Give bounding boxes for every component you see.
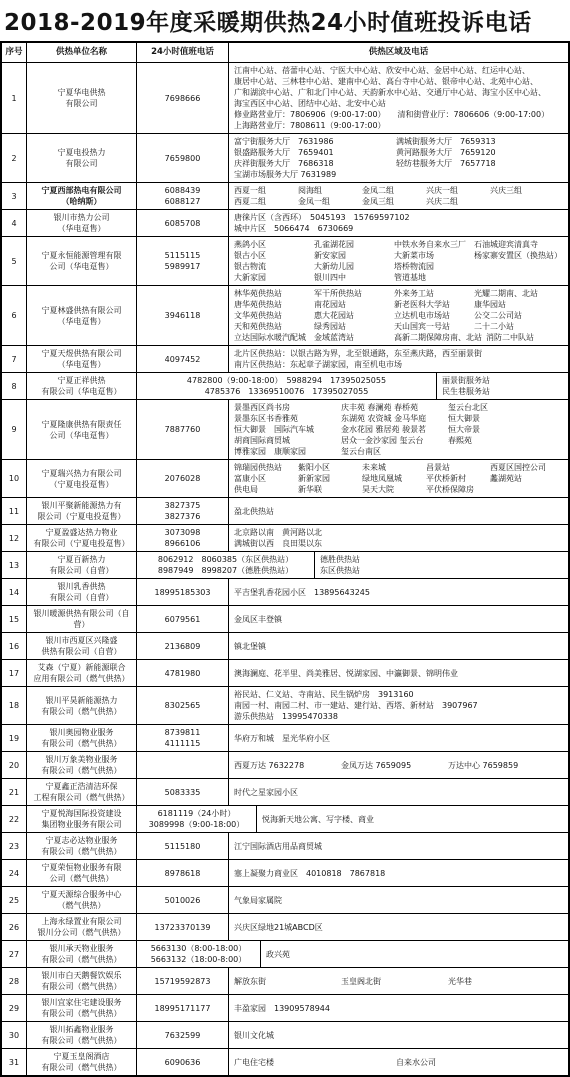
row-number: 28	[2, 968, 26, 994]
service-area-item: 庆祥街服务大厅 7686318	[234, 158, 392, 169]
service-area: 华府万和城 星光华府小区	[228, 725, 568, 751]
row-number: 15	[2, 606, 26, 632]
company-name: 宁夏百新热力有限公司（自营）	[26, 552, 136, 578]
company-name-line: 宁夏志必达物业服务	[29, 835, 134, 846]
company-name-line: 银川拓鑫物业服务	[29, 1024, 134, 1035]
row-number: 14	[2, 579, 26, 605]
company-name: 银川平聚新能源热力有限公司（宁夏电投趸售）	[26, 498, 136, 524]
service-area-item: 军干所供热站	[314, 288, 390, 299]
service-area-line: 满城街以西 良田渠以东	[234, 538, 566, 549]
company-name-line: 有限公司（燃气供热）	[29, 846, 134, 857]
company-name-line: 宁夏悦海国际投资建设	[29, 808, 134, 819]
service-area-line: 丰盈家园 13909578944	[234, 1003, 566, 1014]
table-row: 17艾森（宁夏）新能源联合应用有限公司（燃气供热）4781980澳海澜庭、花半里…	[2, 659, 568, 686]
row-number: 12	[2, 525, 26, 551]
company-name-line: 宁夏玉皇阁酒店	[29, 1051, 134, 1062]
duty-phone: 18995171177	[136, 995, 228, 1021]
service-area-item: 塞上凝聚力商业区 4010818 7867818	[234, 868, 385, 879]
service-area-item: 锦瑞园供热站	[234, 462, 294, 473]
table-row: 31宁夏玉皇阁酒店有限公司（燃气供热）6090636广电住宅楼自来水公司	[2, 1048, 568, 1075]
row-number: 25	[2, 887, 26, 913]
service-area-line: 锦瑞园供热站紫阳小区未来城昌景站西夏区国控公司	[234, 462, 566, 473]
service-area-item: 大新家园	[234, 272, 310, 283]
service-area-item: 金凤万达 7659095	[341, 760, 444, 771]
service-area-line: 盈北供热站	[234, 506, 566, 517]
service-area: 丰盈家园 13909578944	[228, 995, 568, 1021]
row-number: 10	[2, 460, 26, 497]
header-serial-number: 序号	[2, 43, 26, 62]
service-area-item: 裕民站、仁义站、寺南站、民生锅炉房 3913160	[234, 689, 414, 700]
duty-phone-line: 5989917	[139, 261, 226, 272]
company-name: 宁夏华电供热有限公司	[26, 63, 136, 133]
service-area-line: 兴庆区绿地21城ABCD区	[234, 922, 566, 933]
service-area: 锦瑞园供热站紫阳小区未来城昌景站西夏区国控公司富康小区新新家园绿地凤凰城平伏桥新…	[228, 460, 568, 497]
company-name: 宁夏盈盛达热力物业有限公司（宁夏电投趸售）	[26, 525, 136, 551]
duty-phone: 2076028	[136, 460, 228, 497]
service-area-item: 石油城迎宾清真寺	[474, 239, 550, 250]
duty-phone-line: 4111115	[139, 738, 226, 749]
service-area-item: 南片区供热站：东起章子湖家园，南至机电市场	[234, 359, 402, 370]
service-area-item: 西夏二组	[234, 196, 294, 207]
service-area-line: 燕鸽小区孔雀湖花园中铁水务自来水三厂石油城迎宾清真寺	[234, 239, 566, 250]
duty-phone-line: 18995185303	[139, 587, 226, 598]
service-area-line: 城中片区 5066474 6730669	[234, 223, 566, 234]
table-row: 24宁夏荣恒物业服务有限公司（燃气供热）8978618塞上凝聚力商业区 4010…	[2, 859, 568, 886]
service-area-item: 新新家园	[298, 473, 358, 484]
service-area-item: 景墨东区书香雅苑	[234, 413, 337, 424]
service-area-item: 江宁国际酒店用品商贸城	[234, 841, 322, 852]
service-area: 时代之星家园小区	[228, 779, 568, 805]
duty-phone-line: 15719592873	[139, 976, 226, 987]
duty-phone: 60884396088127	[136, 183, 228, 209]
duty-phone-line: 8987949 8998207（德胜供热站）	[139, 565, 312, 576]
company-name: 上海永绿置业有限公司银川分公司（燃气供热）	[26, 914, 136, 940]
company-name-line: 宁夏盈盛达热力物业	[29, 527, 134, 538]
duty-phone: 6181119（24小时）3089998（9:00-18:00）	[136, 806, 256, 832]
company-name-line: 宁夏鑫正浩清洁环保	[29, 781, 134, 792]
service-area-line: 富宁街服务大厅 7631986满城街服务大厅 7659313	[234, 136, 566, 147]
company-name-line: 宁夏天源综合服务中心	[29, 889, 134, 900]
company-name-line: 限公司（宁夏电投趸售）	[29, 511, 134, 522]
company-name-line: 银川市热力公司	[29, 212, 134, 223]
row-number: 22	[2, 806, 26, 832]
duty-phone-line: 6085708	[139, 218, 226, 229]
service-area-item: 供电局	[234, 484, 294, 495]
company-name: 银川乳香供热有限公司（自营）	[26, 579, 136, 605]
service-area-item: 惠大花园站	[314, 310, 390, 321]
service-area-line: 江宁国际酒店用品商贸城	[234, 841, 566, 852]
duty-phone-line: 4781980	[139, 668, 226, 679]
company-name: 宁夏隆康供热有限责任公司（华电趸售）	[26, 400, 136, 459]
company-name-line: 银川市西夏区兴隆盛	[29, 635, 134, 646]
row-number: 4	[2, 210, 26, 236]
service-area-item: 银古小区	[234, 250, 310, 261]
duty-phone: 8978618	[136, 860, 228, 886]
service-area-line: 供电局新华联昊天大院平伏桥保障房	[234, 484, 566, 495]
page-title: 2018-2019年度采暖期供热24小时值班投诉电话	[0, 0, 570, 41]
service-area-line: 澳海澜庭、花半里、尚美雅居、悦湖家园、中瀛御景、锦明伟业	[234, 668, 566, 679]
service-area-item: 管道基地	[394, 272, 470, 283]
service-area: 平吉堡乳香花园小区 13895643245	[228, 579, 568, 605]
company-name-line: 公司（燃气供热）	[29, 873, 134, 884]
service-area-item: 大新幼儿园	[314, 261, 390, 272]
table-row: 14银川乳香供热有限公司（自营）18995185303平吉堡乳香花园小区 138…	[2, 578, 568, 605]
service-area-item: 平吉堡乳香花园小区 13895643245	[234, 587, 370, 598]
table-row: 29银川宜家住宅建设服务有限公司（燃气供热）18995171177丰盈家园 13…	[2, 994, 568, 1021]
duty-phone-line: 7887760	[139, 424, 226, 435]
company-name: 银川市白天鹅餐饮娱乐有限公司（燃气供热）	[26, 968, 136, 994]
duty-phone: 7887760	[136, 400, 228, 459]
row-number: 6	[2, 286, 26, 345]
company-name-line: 银川宜家住宅建设服务	[29, 997, 134, 1008]
duty-phone-line: 6079561	[139, 614, 226, 625]
service-area-item: 城中片区 5066474 6730669	[234, 223, 353, 234]
service-area-item: 天山国宾一号站	[394, 321, 470, 332]
duty-phone: 3946118	[136, 286, 228, 345]
service-area-item: 满城街以西 良田渠以东	[234, 538, 322, 549]
table-row: 3宁夏西部热电有限公司（哈纳斯）60884396088127西夏一组阅海组金凤二…	[2, 182, 568, 209]
duty-phone: 5083335	[136, 779, 228, 805]
row-number: 19	[2, 725, 26, 751]
company-name: 宁夏电投热力有限公司	[26, 134, 136, 182]
company-name: 银川暖源供热有限公司（自营）	[26, 606, 136, 632]
duty-phone: 8302565	[136, 687, 228, 724]
service-area-line: 裕民站、仁义站、寺南站、民生锅炉房 3913160	[234, 689, 566, 700]
duty-phone-line: 4097452	[139, 354, 226, 365]
service-area-item: 富康小区	[234, 473, 294, 484]
row-number: 11	[2, 498, 26, 524]
service-area: 唐徕片区（含西环） 5045193 15769597102城中片区 506647…	[228, 210, 568, 236]
service-area: 银川文化城	[228, 1022, 568, 1048]
duty-phone-line: 5663132（18:00-8:00）	[139, 954, 258, 965]
duty-phone-line: 6088127	[139, 196, 226, 207]
service-area-item: 西夏一组	[234, 185, 294, 196]
company-name-line: 宁夏天煜供热有限公司	[29, 348, 134, 359]
table-row: 7宁夏天煜供热有限公司（华电趸售）4097452北片区供热站：以银古路为界，北至…	[2, 345, 568, 372]
duty-phone-line: 7698666	[139, 93, 226, 104]
row-number: 29	[2, 995, 26, 1021]
service-area-item: 金水花园 雅居苑 骏景茗	[341, 424, 444, 435]
service-area-item: 金凤区丰登镇	[234, 614, 282, 625]
duty-phone: 4782800（9:00-18:00） 5988294 173950250554…	[136, 373, 436, 399]
table-row: 15银川暖源供热有限公司（自营）6079561金凤区丰登镇	[2, 605, 568, 632]
company-name-line: 银川乳香供热	[29, 581, 134, 592]
duty-phone-line: 5115180	[139, 841, 226, 852]
service-area-item: 春熙苑	[448, 435, 551, 446]
row-number: 13	[2, 552, 26, 578]
service-area: 景墨西区尚书房庆丰苑 春澜苑 春桥苑玺云台北区景墨东区书香雅苑东湖苑 农资城 金…	[228, 400, 568, 459]
service-area-item: 居众一金沙家园 玺云台	[341, 435, 444, 446]
company-name: 银川奥园物业服务有限公司（燃气供热）	[26, 725, 136, 751]
service-area-line: 德胜供热站	[320, 554, 566, 565]
company-name: 宁夏鑫正浩清洁环保工程有限公司（燃气供热）	[26, 779, 136, 805]
table-row: 18银川平昊新能源热力有限公司（燃气供热）8302565裕民站、仁义站、寺南站、…	[2, 686, 568, 724]
service-area-item: 德胜供热站	[320, 554, 360, 565]
service-area-item: 北片区供热站：以银古路为界，北至银通路，东至燕庆路，西至丽景街	[234, 348, 482, 359]
service-area-item: 宝湖市场服务大厅 7631989	[234, 169, 392, 180]
company-name-line: 银川市白天鹅餐饮娱乐	[29, 970, 134, 981]
company-name-line: 艾森（宁夏）新能源联合	[29, 662, 134, 673]
service-area-line: 康居中心站、三林巷中心站、建南中心站、高台寺中心站、银帝中心站、北苑中心站、	[234, 76, 566, 87]
service-area-line: 海宝西区中心站、团结中心站、北安中心站	[234, 98, 566, 109]
service-area-item: 丽景街服务站	[442, 375, 490, 386]
header-service-area: 供热区域及电话	[228, 43, 568, 62]
table-row: 1宁夏华电供热有限公司7698666江南中心站、蓓蕾中心站、宁医大中心站、欣安中…	[2, 62, 568, 133]
service-area: 北京路以南 黄河路以北满城街以西 良田渠以东	[228, 525, 568, 551]
company-name: 宁夏林盛供热有限公司（华电趸售）	[26, 286, 136, 345]
company-name-line: 工程有限公司（燃气供热）	[29, 792, 134, 803]
service-area-item: 未来城	[362, 462, 422, 473]
service-area-item: 恒大御景 国际汽车城	[234, 424, 337, 435]
duty-phone-line: 4782800（9:00-18:00） 5988294 17395025055	[139, 375, 434, 386]
company-name-line: 宁夏隆康供热有限责任	[29, 419, 134, 430]
service-area-item: 孔雀湖花园	[314, 239, 390, 250]
service-area-item: 紫阳小区	[298, 462, 358, 473]
company-name-line: 银川承天物业服务	[29, 943, 134, 954]
service-area-line: 修业路营业厅：7806906（9:00-17:00） 清和街营业厅：780660…	[234, 109, 566, 120]
service-area: 澳海澜庭、花半里、尚美雅居、悦湖家园、中瀛御景、锦明伟业	[228, 660, 568, 686]
company-name: 宁夏天源综合服务中心（燃气供热）	[26, 887, 136, 913]
duty-phone-line: 6181119（24小时）	[139, 808, 254, 819]
service-area-item: 立达国际水暖汽配城	[234, 332, 310, 343]
service-area-line: 南片区供热站：东起章子湖家园，南至机电市场	[234, 359, 566, 370]
service-area-item: 气象局家属院	[234, 895, 282, 906]
duty-phone: 38273753827376	[136, 498, 228, 524]
duty-phone	[136, 752, 228, 778]
service-area-item: 金凤一组	[298, 196, 358, 207]
duty-phone-line: 3073098	[139, 527, 226, 538]
service-area-line: 庆祥街服务大厅 7686318轻纺巷服务大厅 7657718	[234, 158, 566, 169]
duty-phone: 30730988966106	[136, 525, 228, 551]
service-area-item: 玺云台北区	[448, 402, 551, 413]
service-area: 气象局家属院	[228, 887, 568, 913]
service-area-line: 唐华苑供热站南花园站新老医科大学站康华园站	[234, 299, 566, 310]
service-area-line: 时代之星家园小区	[234, 787, 566, 798]
service-area-item: 南花园站	[314, 299, 390, 310]
service-area-item: 大新菜市场	[394, 250, 470, 261]
service-area-item: 昌景站	[426, 462, 486, 473]
service-area-line: 华府万和城 星光华府小区	[234, 733, 566, 744]
service-area-item: 燕鸽小区	[234, 239, 310, 250]
service-area-line: 立达国际水暖汽配城金域蓝湾站高新二期保障房南、北站消防二中队站	[234, 332, 566, 343]
company-name-line: 有限公司（自营）	[29, 565, 134, 576]
service-area-line: 林华苑供热站军干所供热站外来务工站光耀二期南、北站	[234, 288, 566, 299]
row-number: 24	[2, 860, 26, 886]
service-area-item: 高新二期保障房南、北站	[394, 332, 482, 343]
duty-phone: 7632599	[136, 1022, 228, 1048]
company-name-line: 有限公司（宁夏电投趸售）	[29, 538, 134, 549]
company-name: 银川拓鑫物业服务有限公司（燃气供热）	[26, 1022, 136, 1048]
company-name: 宁夏西部热电有限公司（哈纳斯）	[26, 183, 136, 209]
table-row: 10宁夏瑞兴热力有限公司（宁夏电投趸售）2076028锦瑞园供热站紫阳小区未来城…	[2, 459, 568, 497]
service-area-line: 唐徕片区（含西环） 5045193 15769597102	[234, 212, 566, 223]
row-number: 26	[2, 914, 26, 940]
duty-phone-line: 13723370139	[139, 922, 226, 933]
service-area-item: 时代之星家园小区	[234, 787, 298, 798]
service-area-line: 镇北堡镇	[234, 641, 566, 652]
service-area: 富宁街服务大厅 7631986满城街服务大厅 7659313银盛路服务大厅 76…	[228, 134, 568, 182]
company-name-line: 有限公司（燃气供热）	[29, 954, 134, 965]
service-area-line: 西夏一组阅海组金凤二组兴庆一组兴庆三组	[234, 185, 566, 196]
row-number: 30	[2, 1022, 26, 1048]
company-name-line: （燃气供热）	[29, 900, 134, 911]
company-name: 银川市热力公司（华电趸售）	[26, 210, 136, 236]
table-row: 20银川万象美物业服务有限公司（燃气供热）西夏万达 7632278金凤万达 76…	[2, 751, 568, 778]
service-area-item: 西夏万达 7632278	[234, 760, 337, 771]
company-name: 宁夏玉皇阁酒店有限公司（燃气供热）	[26, 1049, 136, 1075]
service-area-item: 上海路营业厅：7808611（9:00-17:00）	[234, 120, 386, 131]
service-area-item: 民生巷服务站	[442, 386, 490, 397]
service-area-item: 玉皇阁北街	[341, 976, 444, 987]
service-area-line: 宝湖市场服务大厅 7631989	[234, 169, 566, 180]
service-area-item: 东湖苑 农资城 金马华庭	[341, 413, 444, 424]
service-area-line: 银古小区新安家园大新菜市场杨家寨安置区（换热站）	[234, 250, 566, 261]
duty-phone-line: 3946118	[139, 310, 226, 321]
table-row: 5宁夏永恒能源管理有限公司（华电趸售）51151155989917燕鸽小区孔雀湖…	[2, 236, 568, 285]
service-area-item: 中铁水务自来水三厂	[394, 239, 470, 250]
service-area-line: 银古物流大新幼儿园塔桥物流园	[234, 261, 566, 272]
company-name: 银川承天物业服务有限公司（燃气供热）	[26, 941, 136, 967]
duty-phone: 8062912 8060385（东区供热站）8987949 8998207（德胜…	[136, 552, 314, 578]
company-name: 宁夏天煜供热有限公司（华电趸售）	[26, 346, 136, 372]
company-name: 银川市西夏区兴隆盛供热有限公司（自营）	[26, 633, 136, 659]
service-area-line: 文华苑供热站惠大花园站立达机电市场站公交二公司站	[234, 310, 566, 321]
company-name-line: 宁夏华电供热	[29, 87, 134, 98]
company-name-line: 银川分公司（燃气供热）	[29, 927, 134, 938]
row-number: 5	[2, 237, 26, 285]
table-row: 4银川市热力公司（华电趸售）6085708唐徕片区（含西环） 5045193 1…	[2, 209, 568, 236]
service-area-item: 绿地凤凰城	[362, 473, 422, 484]
company-name: 银川平昊新能源热力有限公司（燃气供热）	[26, 687, 136, 724]
company-name-line: 公司（华电趸售）	[29, 261, 134, 272]
duty-phone-line: 3827376	[139, 511, 226, 522]
row-number: 2	[2, 134, 26, 182]
service-area: 北片区供热站：以银古路为界，北至银通路，东至燕庆路，西至丽景街南片区供热站：东起…	[228, 346, 568, 372]
duty-phone-line: 4785376 13369510076 17395027055	[139, 386, 434, 397]
table-row: 25宁夏天源综合服务中心（燃气供热）5010026气象局家属院	[2, 886, 568, 913]
service-area-item: 康居中心站、三林巷中心站、建南中心站、高台寺中心站、银帝中心站、北苑中心站、	[234, 76, 538, 87]
duty-phone: 6079561	[136, 606, 228, 632]
service-area-line: 广电住宅楼自来水公司	[234, 1057, 566, 1068]
service-area-line: 北京路以南 黄河路以北	[234, 527, 566, 538]
service-area-line: 政兴苑	[266, 949, 566, 960]
service-area-line: 胡商国际商贸城居众一金沙家园 玺云台春熙苑	[234, 435, 566, 446]
duty-phone-line: 6090636	[139, 1057, 226, 1068]
duty-phone-line: 5010026	[139, 895, 226, 906]
service-area-item: 金凤二组	[362, 185, 422, 196]
service-area-item: 二十二小站	[474, 321, 550, 332]
service-area-item: 修业路营业厅：7806906（9:00-17:00） 清和街营业厅：780660…	[234, 109, 549, 120]
table-row: 30银川拓鑫物业服务有限公司（燃气供热）7632599银川文化城	[2, 1021, 568, 1048]
duty-phone: 4097452	[136, 346, 228, 372]
service-area-item: 林华苑供热站	[234, 288, 310, 299]
duty-phone-line: 5083335	[139, 787, 226, 798]
service-area-item: 兴庆二组	[426, 196, 486, 207]
service-area-item: 蠡湖苑站	[490, 473, 550, 484]
service-area-line: 上海路营业厅：7808611（9:00-17:00）	[234, 120, 566, 131]
service-area-line: 富康小区新新家园绿地凤凰城平伏桥新村蠡湖苑站	[234, 473, 566, 484]
company-name-line: 有限公司	[29, 98, 134, 109]
service-area-line: 解放东街玉皇阁北街光华巷	[234, 976, 566, 987]
company-name-line: 有限公司（燃气供热）	[29, 765, 134, 776]
company-name-line: 有限公司（燃气供热）	[29, 738, 134, 749]
service-area-item: 华府万和城 星光华府小区	[234, 733, 330, 744]
service-area-item: 恒大帝景	[448, 424, 551, 435]
company-name-line: 应用有限公司（燃气供热）	[29, 673, 134, 684]
company-name-line: 有限公司（燃气供热）	[29, 1062, 134, 1073]
duty-phone: 7659800	[136, 134, 228, 182]
service-area-item: 天和苑供热站	[234, 321, 310, 332]
service-area-item: 澳海澜庭、花半里、尚美雅居、悦湖家园、中瀛御景、锦明伟业	[234, 668, 458, 679]
service-area-item: 昊天大院	[362, 484, 422, 495]
service-area-line: 北片区供热站：以银古路为界，北至银通路，东至燕庆路，西至丽景街	[234, 348, 566, 359]
service-area-line: 金凤区丰登镇	[234, 614, 566, 625]
service-area-item: 轻纺巷服务大厅 7657718	[396, 158, 554, 169]
table-row: 2宁夏电投热力有限公司7659800富宁街服务大厅 7631986满城街服务大厅…	[2, 133, 568, 182]
duty-phone-line: 8966106	[139, 538, 226, 549]
table-row: 22宁夏悦海国际投资建设集团物业服务有限公司6181119（24小时）30899…	[2, 805, 568, 832]
duty-phone: 5010026	[136, 887, 228, 913]
service-area-item: 银川文化城	[234, 1030, 274, 1041]
service-area-item: 盈北供热站	[234, 506, 274, 517]
service-area-item: 立达机电市场站	[394, 310, 470, 321]
duty-phone-line: 8739811	[139, 727, 226, 738]
service-area-line: 江南中心站、蓓蕾中心站、宁医大中心站、欣安中心站、金居中心站、红运中心站、	[234, 65, 566, 76]
service-area-line: 悦海新天地公寓、写字楼、商业	[262, 814, 566, 825]
service-area-item: 丰盈家园 13909578944	[234, 1003, 330, 1014]
service-area-item: 消防二中队站	[486, 332, 562, 343]
service-area: 德胜供热站东区供热站	[314, 552, 568, 578]
service-area-item: 政兴苑	[266, 949, 290, 960]
company-name-line: 银川平昊新能源热力	[29, 695, 134, 706]
row-number: 7	[2, 346, 26, 372]
table-row: 19银川奥园物业服务有限公司（燃气供热）87398114111115华府万和城 …	[2, 724, 568, 751]
service-area-line: 天和苑供热站绿秀园站天山国宾一号站二十二小站	[234, 321, 566, 332]
duty-phone: 4781980	[136, 660, 228, 686]
service-area-item: 景墨西区尚书房	[234, 402, 337, 413]
service-area: 西夏一组阅海组金凤二组兴庆一组兴庆三组西夏二组金凤一组金凤三组兴庆二组	[228, 183, 568, 209]
service-area-item: 广电住宅楼	[234, 1057, 392, 1068]
company-name-line: 宁夏荣恒物业服务有限	[29, 862, 134, 873]
table-row: 27银川承天物业服务有限公司（燃气供热）5663130（8:00-18:00）5…	[2, 940, 568, 967]
company-name-line: 银川平聚新能源热力有	[29, 500, 134, 511]
company-name: 宁夏志必达物业服务有限公司（燃气供热）	[26, 833, 136, 859]
service-area-item: 万达中心 7659859	[448, 760, 551, 771]
service-area-item: 广和湖滨中心站、广和北门中心站、天韵新水中心站、交通厅中心站、海宝小区中心站、	[234, 87, 546, 98]
service-area: 盈北供热站	[228, 498, 568, 524]
row-number: 20	[2, 752, 26, 778]
service-area-item: 兴庆三组	[490, 185, 550, 196]
service-area-line: 博雅家园 康顺家园玺云台南区	[234, 446, 566, 457]
duty-phone-line: 8062912 8060385（东区供热站）	[139, 554, 312, 565]
heating-complaints-table: 序号 供热单位名称 24小时值班电话 供热区域及电话 1宁夏华电供热有限公司76…	[0, 41, 570, 1077]
table-row: 12宁夏盈盛达热力物业有限公司（宁夏电投趸售）30730988966106北京路…	[2, 524, 568, 551]
company-name-line: 宁夏正祥供热	[29, 375, 134, 386]
duty-phone-line: 7659800	[139, 153, 226, 164]
service-area-line: 银川文化城	[234, 1030, 566, 1041]
company-name-line: 宁夏永恒能源管理有限	[29, 250, 134, 261]
service-area: 政兴苑	[260, 941, 568, 967]
service-area-item: 自来水公司	[396, 1057, 554, 1068]
duty-phone: 6090636	[136, 1049, 228, 1075]
service-area-item: 庆丰苑 春澜苑 春桥苑	[341, 402, 444, 413]
table-row: 16银川市西夏区兴隆盛供热有限公司（自营）2136809镇北堡镇	[2, 632, 568, 659]
company-name-line: 宁夏电投热力	[29, 147, 134, 158]
service-area-line: 气象局家属院	[234, 895, 566, 906]
company-name-line: 有限公司（燃气供热）	[29, 1035, 134, 1046]
duty-phone-line: 18995171177	[139, 1003, 226, 1014]
company-name-line: 公司（华电趸售）	[29, 430, 134, 441]
